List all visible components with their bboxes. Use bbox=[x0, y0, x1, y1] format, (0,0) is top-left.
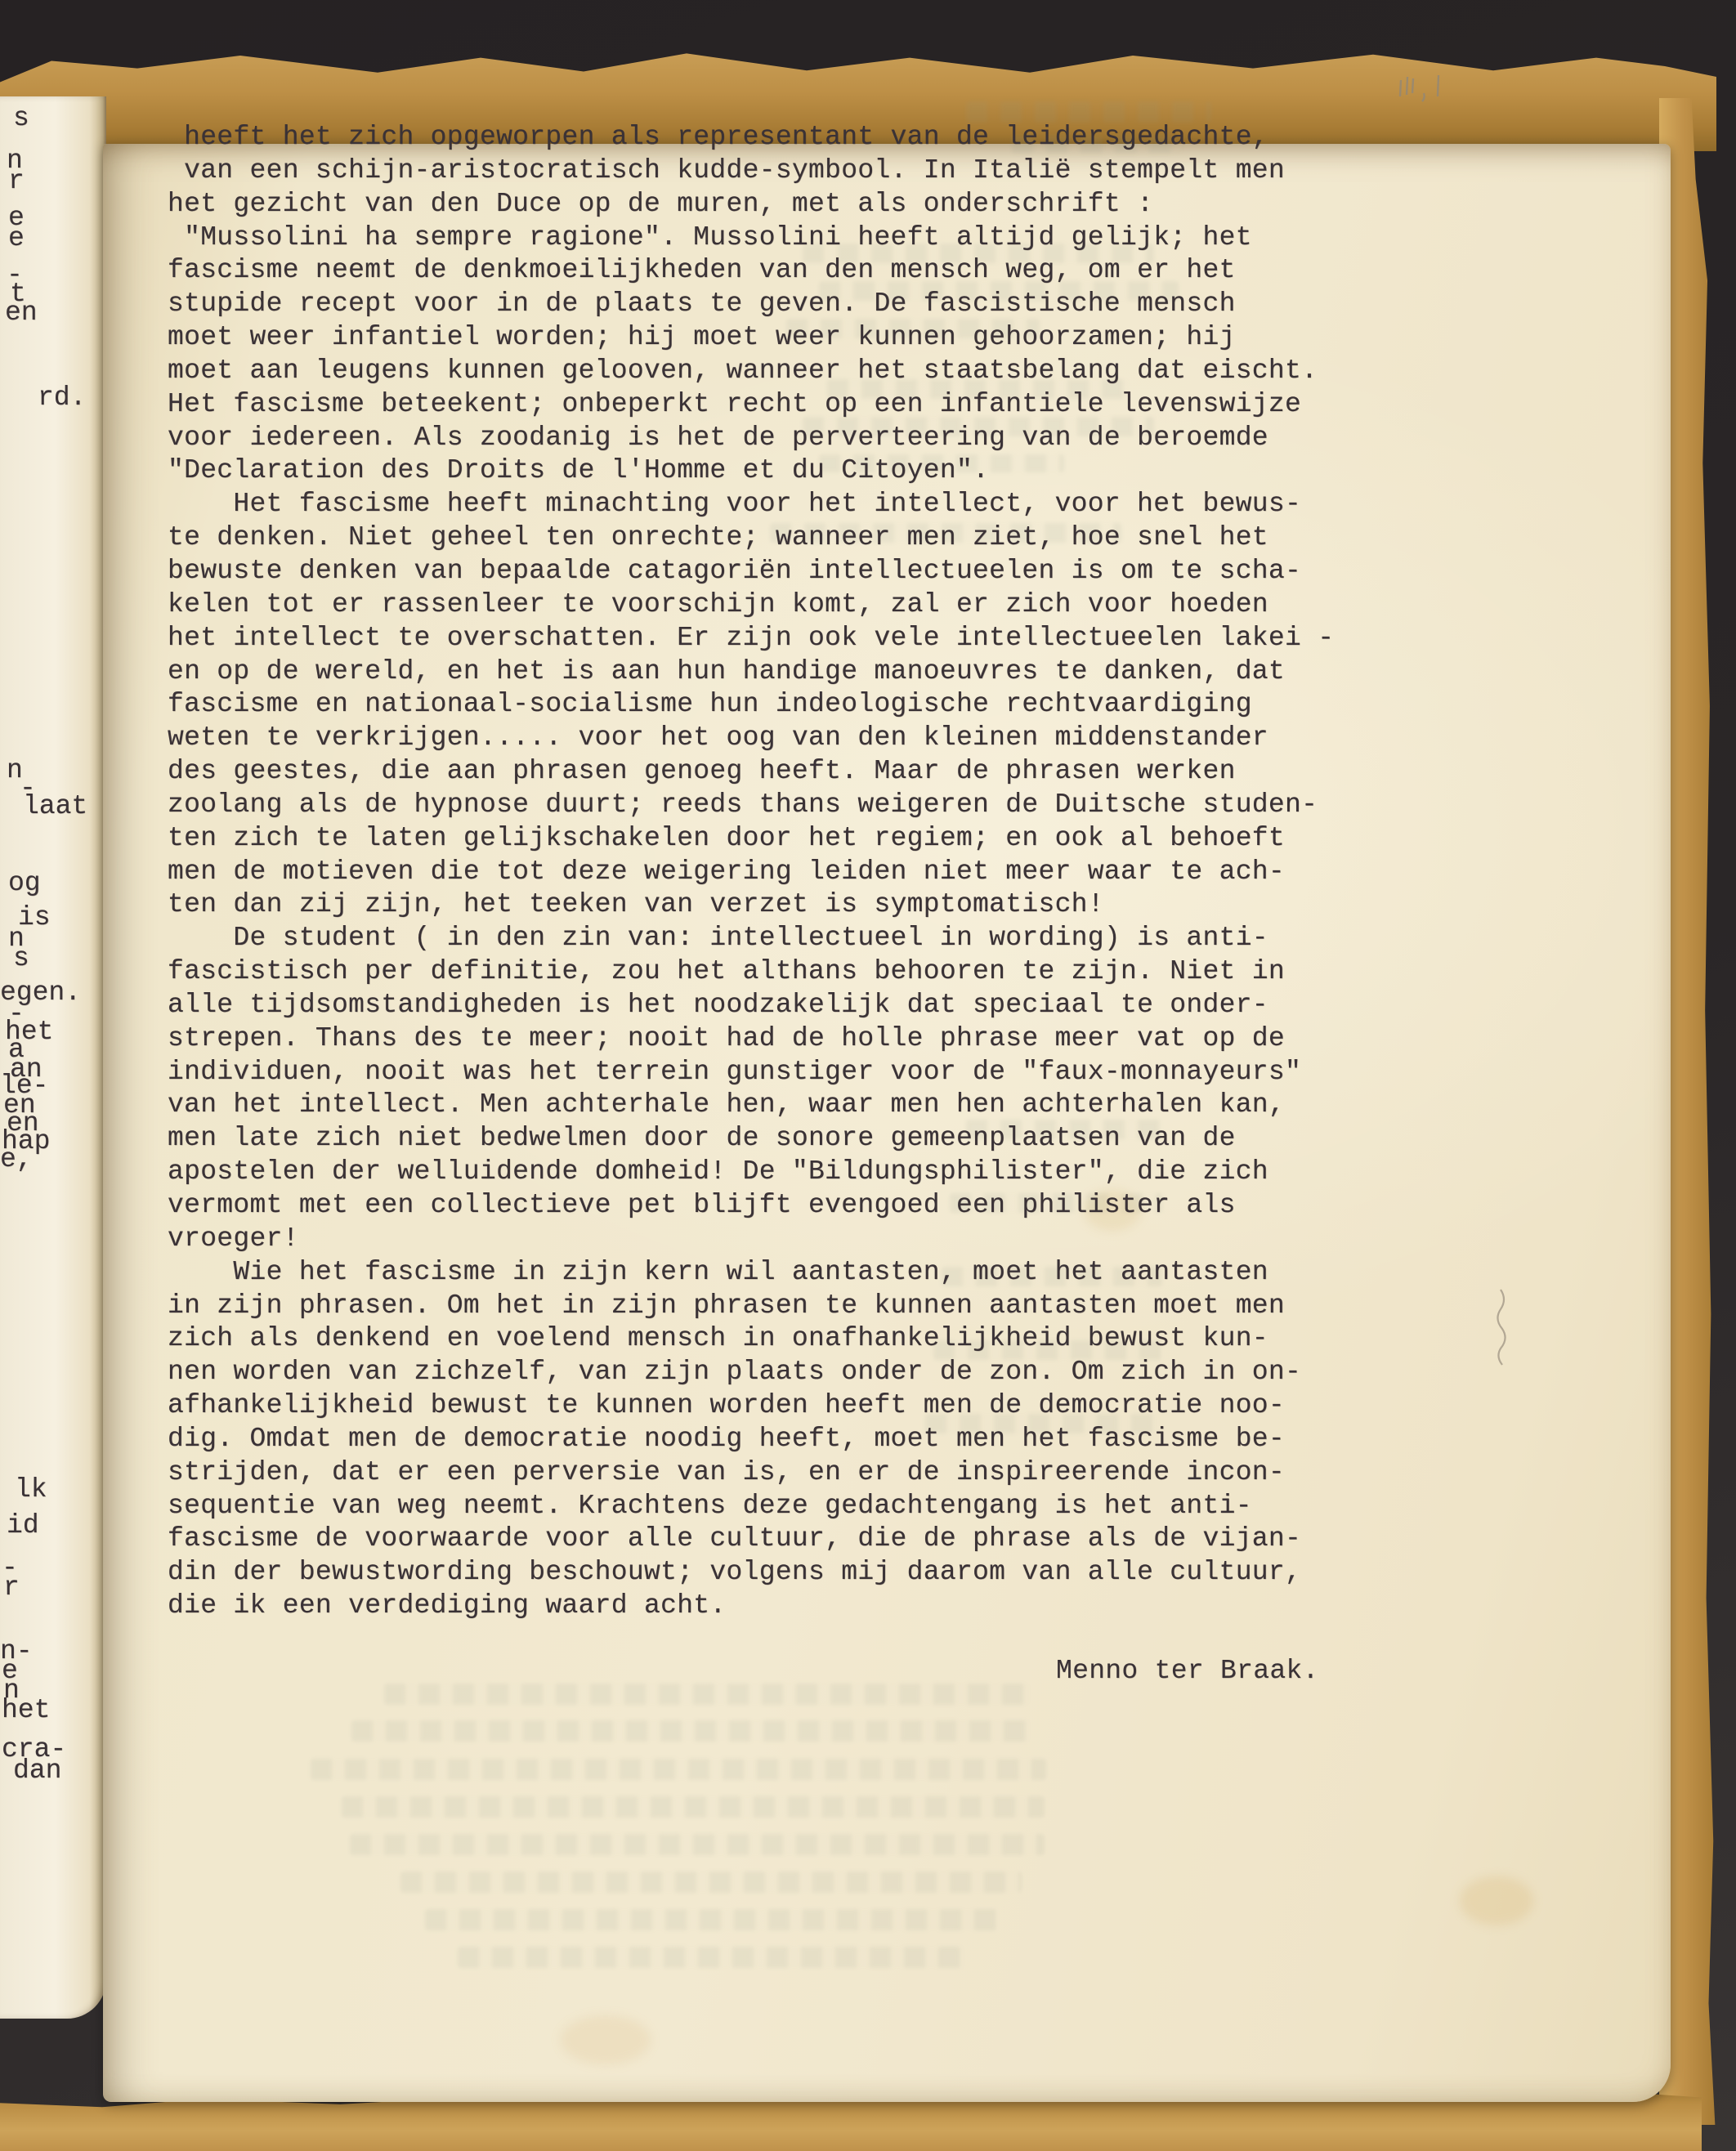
text-line: die ik een verdediging waard acht. bbox=[168, 1590, 1334, 1623]
pencil-mark bbox=[1396, 69, 1453, 118]
text-line: voor iedereen. Als zoodanig is het de pe… bbox=[168, 422, 1334, 455]
text-line: afhankelijkheid bewust te kunnen worden … bbox=[168, 1389, 1334, 1423]
typewritten-text-block: heeft het zich opgeworpen als representa… bbox=[168, 121, 1334, 1623]
text-line: stupide recept voor in de plaats te geve… bbox=[168, 288, 1334, 321]
text-line: heeft het zich opgeworpen als representa… bbox=[168, 121, 1334, 154]
text-line: het gezicht van den Duce op de muren, me… bbox=[168, 188, 1334, 221]
text-line: zich als denkend en voelend mensch in on… bbox=[168, 1322, 1334, 1356]
bleedthrough-mark bbox=[966, 101, 1211, 123]
margin-fragment: e, bbox=[0, 1146, 33, 1173]
text-line: in zijn phrasen. Om het in zijn phrasen … bbox=[168, 1290, 1334, 1323]
bleedthrough-mark bbox=[351, 1720, 1030, 1742]
text-line: sequentie van weg neemt. Krachtens deze … bbox=[168, 1490, 1334, 1523]
bleedthrough-mark bbox=[342, 1796, 1045, 1818]
text-line: men late zich niet bedwelmen door de son… bbox=[168, 1122, 1334, 1156]
document-page: heeft het zich opgeworpen als representa… bbox=[103, 144, 1671, 2102]
book-scan-photo: { "document": { "lines": [ " heeft het z… bbox=[0, 0, 1736, 2151]
text-line: te denken. Niet geheel ten onrechte; wan… bbox=[168, 521, 1334, 555]
text-line: De student ( in den zin van: intellectue… bbox=[168, 922, 1334, 955]
text-line: men de motieven die tot deze weigering l… bbox=[168, 856, 1334, 889]
age-stain bbox=[1460, 1876, 1533, 1925]
margin-fragment: dan bbox=[13, 1757, 61, 1784]
text-line: van een schijn-aristocratisch kudde-symb… bbox=[168, 154, 1334, 188]
text-line: dig. Omdat men de democratie noodig heef… bbox=[168, 1423, 1334, 1456]
text-line: weten te verkrijgen..... voor het oog va… bbox=[168, 722, 1334, 755]
author-signature: Menno ter Braak. bbox=[1056, 1656, 1319, 1686]
margin-fragment: e bbox=[8, 225, 25, 252]
bleedthrough-mark bbox=[425, 1909, 997, 1930]
margin-fragment: s bbox=[13, 105, 29, 132]
margin-fragment: rd. bbox=[38, 384, 86, 411]
text-line: vroeger! bbox=[168, 1223, 1334, 1256]
age-stain bbox=[561, 2015, 651, 2064]
text-line: en op de wereld, en het is aan hun handi… bbox=[168, 655, 1334, 689]
margin-squiggle bbox=[1491, 1288, 1512, 1366]
text-line: fascisme neemt de denkmoeilijkheden van … bbox=[168, 254, 1334, 288]
text-line: apostelen der welluidende domheid! De "B… bbox=[168, 1156, 1334, 1189]
bleedthrough-mark bbox=[384, 1684, 1030, 1705]
text-line: moet aan leugens kunnen gelooven, wannee… bbox=[168, 355, 1334, 388]
text-line: strepen. Thans des te meer; nooit had de… bbox=[168, 1022, 1334, 1056]
text-line: din der bewustwording beschouwt; volgens… bbox=[168, 1556, 1334, 1590]
text-line: Het fascisme heeft minachting voor het i… bbox=[168, 488, 1334, 521]
text-line: bewuste denken van bepaalde catagoriën i… bbox=[168, 555, 1334, 588]
text-line: Wie het fascisme in zijn kern wil aantas… bbox=[168, 1256, 1334, 1290]
margin-fragment: r bbox=[8, 168, 25, 195]
text-line: des geestes, die aan phrasen genoeg heef… bbox=[168, 755, 1334, 789]
margin-fragment: lk bbox=[15, 1476, 47, 1503]
bleedthrough-mark bbox=[458, 1947, 964, 1968]
text-line: individuen, nooit was het terrein gunsti… bbox=[168, 1056, 1334, 1089]
margin-fragment: het bbox=[2, 1697, 50, 1724]
text-line: alle tijdsomstandigheden is het noodzake… bbox=[168, 989, 1334, 1022]
margin-fragment: og bbox=[8, 870, 41, 897]
previous-page-edge: snree-tenrd.n-laatogisnsegen.-hetaanle-e… bbox=[0, 96, 106, 2019]
text-line: vermomt met een collectieve pet blijft e… bbox=[168, 1189, 1334, 1223]
margin-fragment: s bbox=[13, 945, 29, 972]
bleedthrough-mark bbox=[400, 1872, 1022, 1893]
text-line: zoolang als de hypnose duurt; reeds than… bbox=[168, 789, 1334, 822]
text-line: moet weer infantiel worden; hij moet wee… bbox=[168, 321, 1334, 355]
margin-fragment: laat bbox=[23, 793, 87, 820]
text-line: ten dan zij zijn, het teeken van verzet … bbox=[168, 888, 1334, 922]
text-line: fascisme de voorwaarde voor alle cultuur… bbox=[168, 1523, 1334, 1556]
text-line: Het fascisme beteekent; onbeperkt recht … bbox=[168, 388, 1334, 422]
bleedthrough-mark bbox=[350, 1834, 1045, 1855]
text-line: "Declaration des Droits de l'Homme et du… bbox=[168, 454, 1334, 488]
text-line: fascistisch per definitie, zou het altha… bbox=[168, 955, 1334, 989]
text-line: strijden, dat er een perversie van is, e… bbox=[168, 1456, 1334, 1490]
bleedthrough-mark bbox=[311, 1759, 1046, 1780]
text-line: van het intellect. Men achterhale hen, w… bbox=[168, 1089, 1334, 1122]
text-line: fascisme en nationaal-socialisme hun ind… bbox=[168, 688, 1334, 722]
text-line: nen worden van zichzelf, van zijn plaats… bbox=[168, 1356, 1334, 1389]
text-line: kelen tot er rassenleer te voorschijn ko… bbox=[168, 588, 1334, 622]
margin-fragment: r bbox=[3, 1574, 20, 1601]
margin-fragment: id bbox=[7, 1512, 39, 1539]
text-line: "Mussolini ha sempre ragione". Mussolini… bbox=[168, 221, 1334, 255]
margin-fragment: en bbox=[5, 299, 38, 326]
text-line: het intellect te overschatten. Er zijn o… bbox=[168, 622, 1334, 655]
text-line: ten zich te laten gelijkschakelen door h… bbox=[168, 822, 1334, 856]
